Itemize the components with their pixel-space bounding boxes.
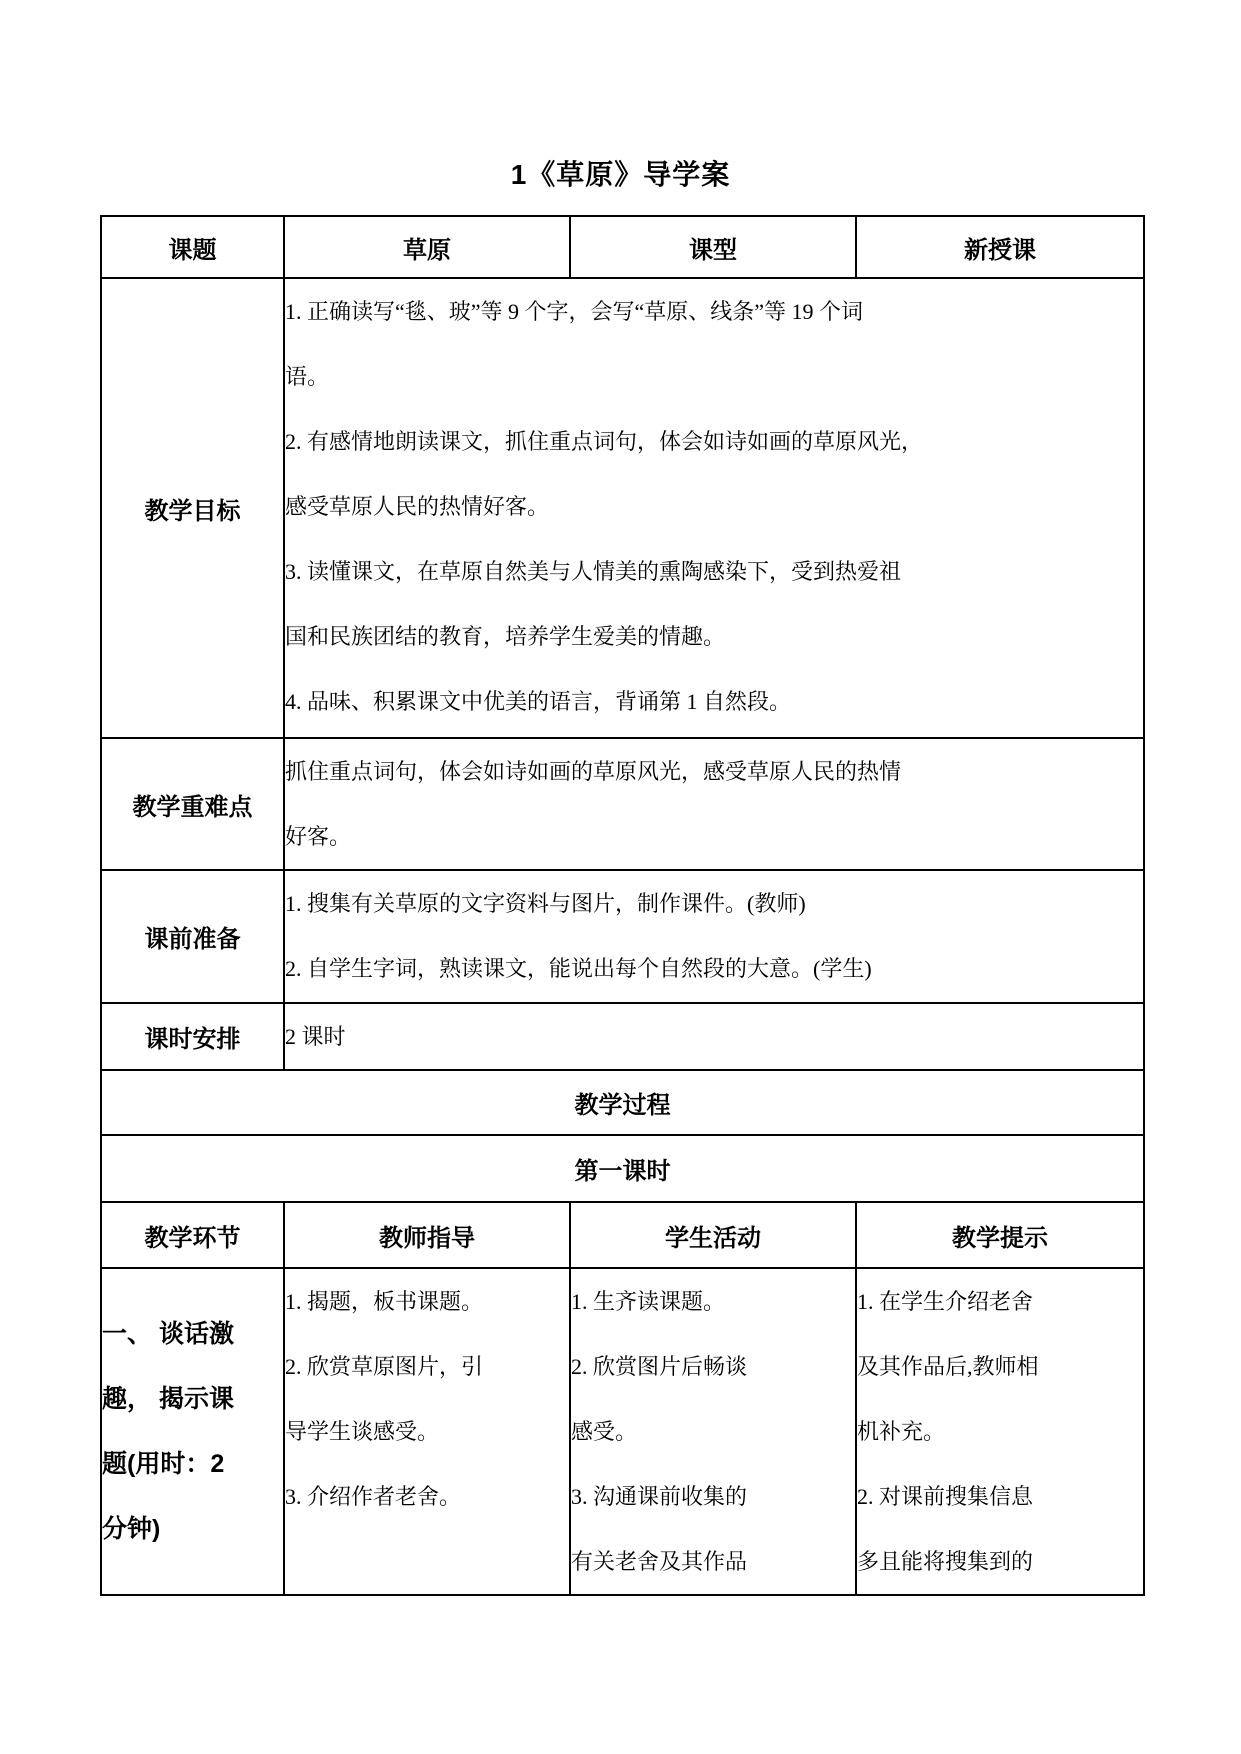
first-lesson-section-row: 第一课时	[101, 1135, 1144, 1202]
first-lesson-section: 第一课时	[101, 1135, 1144, 1202]
document-title: 1《草原》导学案	[0, 157, 1241, 193]
schedule-content: 2 课时	[284, 1003, 1144, 1070]
teacher-guide-cell: 1. 揭题，板书课题。 2. 欣赏草原图片，引 导学生谈感受。 3. 介绍作者老…	[284, 1268, 570, 1595]
preparation-label: 课前准备	[101, 870, 284, 1003]
key-points-label: 教学重难点	[101, 738, 284, 870]
col-header-student: 学生活动	[570, 1202, 856, 1268]
teaching-goals-label: 教学目标	[101, 278, 284, 738]
key-points-row: 教学重难点 抓住重点词句，体会如诗如画的草原风光，感受草原人民的热情 好客。	[101, 738, 1144, 870]
document-page: 1《草原》导学案 课题 草原 课型 新授课 教学目标 1. 正确读写“毯、玻”等…	[0, 0, 1241, 1754]
schedule-label: 课时安排	[101, 1003, 284, 1070]
col-header-tips: 教学提示	[856, 1202, 1144, 1268]
col-header-teacher: 教师指导	[284, 1202, 570, 1268]
course-label-cell: 课题	[101, 216, 284, 278]
step-cell: 一、 谈话激 趣， 揭示课 题(用时：2 分钟)	[101, 1268, 284, 1595]
activity-row: 一、 谈话激 趣， 揭示课 题(用时：2 分钟) 1. 揭题，板书课题。 2. …	[101, 1268, 1144, 1595]
course-type-label-cell: 课型	[570, 216, 856, 278]
key-points-content: 抓住重点词句，体会如诗如画的草原风光，感受草原人民的热情 好客。	[284, 738, 1144, 870]
course-value-cell: 草原	[284, 216, 570, 278]
student-activity-cell: 1. 生齐读课题。 2. 欣赏图片后畅谈 感受。 3. 沟通课前收集的 有关老舍…	[570, 1268, 856, 1595]
activity-header-row: 教学环节 教师指导 学生活动 教学提示	[101, 1202, 1144, 1268]
teaching-goals-content: 1. 正确读写“毯、玻”等 9 个字，会写“草原、线条”等 19 个词 语。 2…	[284, 278, 1144, 738]
teaching-tips-cell: 1. 在学生介绍老舍 及其作品后,教师相 机补充。 2. 对课前搜集信息 多且能…	[856, 1268, 1144, 1595]
schedule-row: 课时安排 2 课时	[101, 1003, 1144, 1070]
course-info-row: 课题 草原 课型 新授课	[101, 216, 1144, 278]
preparation-content: 1. 搜集有关草原的文字资料与图片，制作课件。(教师) 2. 自学生字词，熟读课…	[284, 870, 1144, 1003]
teaching-process-section: 教学过程	[101, 1070, 1144, 1135]
course-type-value-cell: 新授课	[856, 216, 1144, 278]
preparation-row: 课前准备 1. 搜集有关草原的文字资料与图片，制作课件。(教师) 2. 自学生字…	[101, 870, 1144, 1003]
teaching-process-section-row: 教学过程	[101, 1070, 1144, 1135]
col-header-step: 教学环节	[101, 1202, 284, 1268]
teaching-goals-row: 教学目标 1. 正确读写“毯、玻”等 9 个字，会写“草原、线条”等 19 个词…	[101, 278, 1144, 738]
lesson-plan-table: 课题 草原 课型 新授课 教学目标 1. 正确读写“毯、玻”等 9 个字，会写“…	[100, 215, 1145, 1596]
